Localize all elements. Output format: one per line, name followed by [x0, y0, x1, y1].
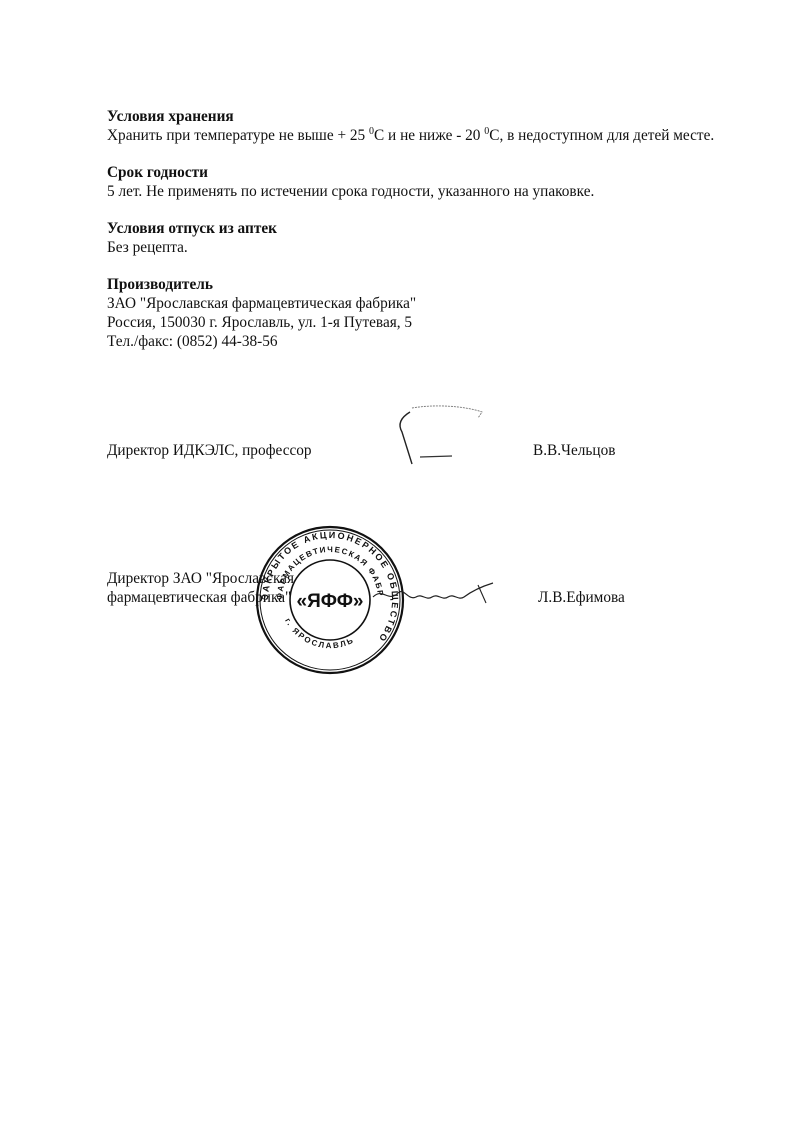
signature-2-icon	[368, 575, 498, 615]
storage-heading: Условия хранения	[107, 107, 733, 126]
storage-section: Условия хранения Хранить при температуре…	[107, 107, 733, 145]
manufacturer-address: Россия, 150030 г. Ярославль, ул. 1-я Пут…	[107, 313, 733, 332]
signatory-2-name: Л.В.Ефимова	[538, 588, 625, 607]
storage-text-part3: С, в недоступном для детей месте.	[489, 127, 714, 144]
dispensing-section: Условия отпуск из аптек Без рецепта.	[107, 219, 733, 257]
signatory-1-title: Директор ИДКЭЛС, профессор	[107, 441, 312, 460]
shelf-life-section: Срок годности 5 лет. Не применять по ист…	[107, 163, 733, 201]
document-body: Условия хранения Хранить при температуре…	[107, 107, 733, 369]
shelf-life-text: 5 лет. Не применять по истечении срока г…	[107, 182, 733, 201]
seal-ring-bottom-text: г. ЯРОСЛАВЛЬ	[283, 617, 356, 651]
signature-1-icon	[390, 400, 500, 470]
storage-text-part1: Хранить при температуре не выше + 25	[107, 127, 369, 144]
seal-center-text: «ЯФФ»	[297, 591, 364, 612]
storage-text-part2: С и не ниже - 20	[374, 127, 484, 144]
dispensing-heading: Условия отпуск из аптек	[107, 219, 733, 238]
manufacturer-name: ЗАО "Ярославская фармацевтическая фабрик…	[107, 294, 733, 313]
shelf-life-heading: Срок годности	[107, 163, 733, 182]
manufacturer-heading: Производитель	[107, 275, 733, 294]
manufacturer-section: Производитель ЗАО "Ярославская фармацевт…	[107, 275, 733, 351]
dispensing-text: Без рецепта.	[107, 238, 733, 257]
signatory-1-name: В.В.Чельцов	[533, 441, 615, 460]
svg-text:г. ЯРОСЛАВЛЬ: г. ЯРОСЛАВЛЬ	[283, 617, 356, 651]
storage-text: Хранить при температуре не выше + 25 0С …	[107, 126, 733, 145]
manufacturer-phone: Тел./факс: (0852) 44-38-56	[107, 332, 733, 351]
